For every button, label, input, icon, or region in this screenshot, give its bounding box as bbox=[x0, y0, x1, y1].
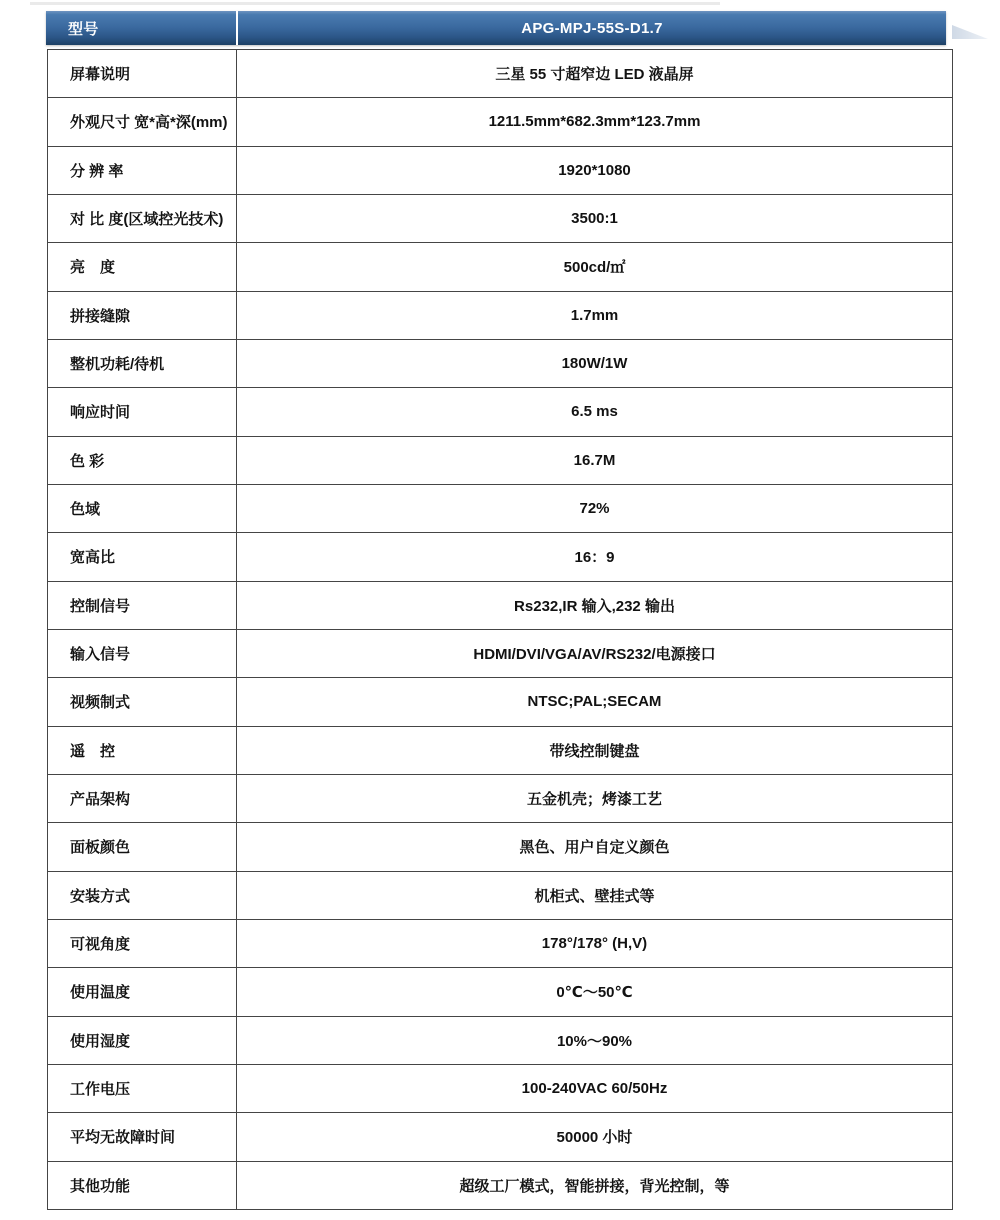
table-row: 可视角度178°/178° (H,V) bbox=[48, 920, 952, 968]
spec-label-cell: 工作电压 bbox=[48, 1065, 237, 1112]
table-row: 视频制式NTSC;PAL;SECAM bbox=[48, 678, 952, 726]
spec-value-cell: 500cd/㎡ bbox=[237, 243, 952, 290]
model-number: APG-MPJ-55S-D1.7 bbox=[521, 20, 663, 37]
spec-label-cell: 响应时间 bbox=[48, 388, 237, 435]
spec-value-cell: 带线控制键盘 bbox=[237, 727, 952, 774]
spec-value-cell: 机柜式、壁挂式等 bbox=[237, 872, 952, 919]
table-row: 色 彩16.7M bbox=[48, 437, 952, 485]
spec-label-cell: 对 比 度(区域控光技术) bbox=[48, 195, 237, 242]
table-row: 宽高比16：9 bbox=[48, 533, 952, 581]
spec-value-cell: 72% bbox=[237, 485, 952, 532]
spec-table-header-row: 型号 APG-MPJ-55S-D1.7 bbox=[46, 11, 946, 45]
spec-label-cell: 平均无故障时间 bbox=[48, 1113, 237, 1160]
spec-label-cell: 使用温度 bbox=[48, 968, 237, 1015]
spec-label-cell: 分 辨 率 bbox=[48, 147, 237, 194]
spec-value-cell: 50000 小时 bbox=[237, 1113, 952, 1160]
spec-value-cell: 三星 55 寸超窄边 LED 液晶屏 bbox=[237, 50, 952, 97]
spec-label-cell: 视频制式 bbox=[48, 678, 237, 725]
spec-value-cell: Rs232,IR 输入,232 输出 bbox=[237, 582, 952, 629]
table-row: 外观尺寸 宽*高*深(mm)1211.5mm*682.3mm*123.7mm bbox=[48, 98, 952, 146]
table-row: 遥 控带线控制键盘 bbox=[48, 727, 952, 775]
spec-value-cell: 16.7M bbox=[237, 437, 952, 484]
table-row: 面板颜色黑色、用户自定义颜色 bbox=[48, 823, 952, 871]
table-row: 亮 度500cd/㎡ bbox=[48, 243, 952, 291]
table-row: 控制信号Rs232,IR 输入,232 输出 bbox=[48, 582, 952, 630]
spec-value-cell: 16：9 bbox=[237, 533, 952, 580]
spec-value-cell: NTSC;PAL;SECAM bbox=[237, 678, 952, 725]
spec-label-cell: 输入信号 bbox=[48, 630, 237, 677]
spec-label-cell: 外观尺寸 宽*高*深(mm) bbox=[48, 98, 237, 145]
table-row: 屏幕说明三星 55 寸超窄边 LED 液晶屏 bbox=[48, 50, 952, 98]
spec-value-cell: 黑色、用户自定义颜色 bbox=[237, 823, 952, 870]
spec-table-body: 屏幕说明三星 55 寸超窄边 LED 液晶屏外观尺寸 宽*高*深(mm)1211… bbox=[47, 49, 953, 1210]
table-row: 使用温度0℃～50℃ bbox=[48, 968, 952, 1016]
spec-label-cell: 面板颜色 bbox=[48, 823, 237, 870]
header-model-value-cell: APG-MPJ-55S-D1.7 bbox=[238, 11, 946, 45]
spec-value-cell: 6.5 ms bbox=[237, 388, 952, 435]
header-model-label-cell: 型号 bbox=[46, 11, 236, 45]
table-row: 其他功能超级工厂模式，智能拼接，背光控制，等 bbox=[48, 1162, 952, 1209]
spec-value-cell: 1.7mm bbox=[237, 292, 952, 339]
spec-label-cell: 其他功能 bbox=[48, 1162, 237, 1209]
page-top-shadow-line bbox=[30, 2, 720, 5]
spec-label-cell: 遥 控 bbox=[48, 727, 237, 774]
spec-value-cell: 0℃～50℃ bbox=[237, 968, 952, 1015]
spec-value-cell: 180W/1W bbox=[237, 340, 952, 387]
spec-label-cell: 拼接缝隙 bbox=[48, 292, 237, 339]
spec-label-cell: 使用湿度 bbox=[48, 1017, 237, 1064]
corner-fold-decoration bbox=[952, 25, 988, 39]
spec-label-cell: 色 彩 bbox=[48, 437, 237, 484]
spec-sheet-page: 型号 APG-MPJ-55S-D1.7 屏幕说明三星 55 寸超窄边 LED 液… bbox=[0, 0, 1000, 1220]
spec-value-cell: 3500:1 bbox=[237, 195, 952, 242]
spec-value-cell: 1211.5mm*682.3mm*123.7mm bbox=[237, 98, 952, 145]
model-label: 型号 bbox=[68, 18, 99, 39]
spec-value-cell: 10%～90% bbox=[237, 1017, 952, 1064]
table-row: 整机功耗/待机180W/1W bbox=[48, 340, 952, 388]
spec-label-cell: 安装方式 bbox=[48, 872, 237, 919]
table-row: 分 辨 率1920*1080 bbox=[48, 147, 952, 195]
table-row: 产品架构五金机壳；烤漆工艺 bbox=[48, 775, 952, 823]
spec-label-cell: 产品架构 bbox=[48, 775, 237, 822]
table-row: 拼接缝隙1.7mm bbox=[48, 292, 952, 340]
table-row: 使用湿度10%～90% bbox=[48, 1017, 952, 1065]
table-row: 安装方式机柜式、壁挂式等 bbox=[48, 872, 952, 920]
table-row: 工作电压100-240VAC 60/50Hz bbox=[48, 1065, 952, 1113]
table-row: 色域72% bbox=[48, 485, 952, 533]
table-row: 输入信号HDMI/DVI/VGA/AV/RS232/电源接口 bbox=[48, 630, 952, 678]
spec-label-cell: 控制信号 bbox=[48, 582, 237, 629]
spec-value-cell: 100-240VAC 60/50Hz bbox=[237, 1065, 952, 1112]
spec-label-cell: 屏幕说明 bbox=[48, 50, 237, 97]
table-row: 平均无故障时间50000 小时 bbox=[48, 1113, 952, 1161]
spec-value-cell: 超级工厂模式，智能拼接，背光控制，等 bbox=[237, 1162, 952, 1209]
spec-label-cell: 可视角度 bbox=[48, 920, 237, 967]
spec-label-cell: 整机功耗/待机 bbox=[48, 340, 237, 387]
spec-value-cell: 178°/178° (H,V) bbox=[237, 920, 952, 967]
spec-label-cell: 色域 bbox=[48, 485, 237, 532]
spec-value-cell: 五金机壳；烤漆工艺 bbox=[237, 775, 952, 822]
spec-label-cell: 亮 度 bbox=[48, 243, 237, 290]
spec-label-cell: 宽高比 bbox=[48, 533, 237, 580]
table-row: 对 比 度(区域控光技术)3500:1 bbox=[48, 195, 952, 243]
spec-value-cell: 1920*1080 bbox=[237, 147, 952, 194]
spec-value-cell: HDMI/DVI/VGA/AV/RS232/电源接口 bbox=[237, 630, 952, 677]
table-row: 响应时间6.5 ms bbox=[48, 388, 952, 436]
